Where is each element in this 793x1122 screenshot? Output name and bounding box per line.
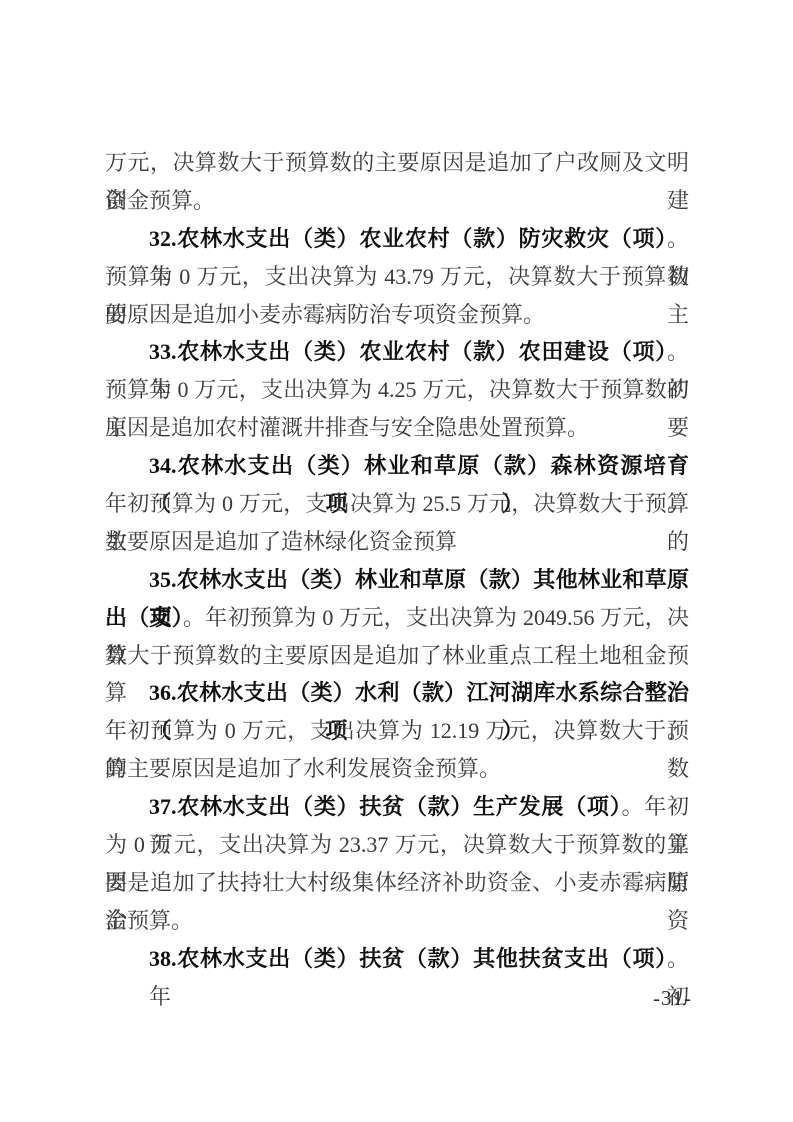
text-line: 万元，决算数大于预算数的主要原因是追加了户改厕及文明创建 [105, 144, 689, 182]
page-number: -31- [653, 986, 692, 1011]
body-text: 金预算。 [105, 908, 193, 933]
text-block: 万元，决算数大于预算数的主要原因是追加了户改厕及文明创建资金预算。32.农林水支… [105, 144, 689, 978]
text-line: 35.农林水支出（类）林业和草原（款）其他林业和草原支 [105, 561, 689, 599]
item-heading-text: 33.农林水支出（类）农业农村（款）农田建设（项） [149, 339, 667, 364]
text-line: 数大于预算数的主要原因是追加了林业重点工程土地租金预算。 [105, 637, 689, 675]
body-text: 的主要原因是追加了水利发展资金预算。 [105, 756, 501, 781]
text-line: 年初预算为 0 万元，支出决算为 12.19 万元，决算数大于预算数 [105, 712, 689, 750]
item-heading-text: 出（项） [105, 605, 183, 630]
document-page: 万元，决算数大于预算数的主要原因是追加了户改厕及文明创建资金预算。32.农林水支… [0, 0, 793, 1122]
text-line: 预算为 0 万元，支出决算为 43.79 万元，决算数大于预算数的主 [105, 258, 689, 296]
text-line: 33.农林水支出（类）农业农村（款）农田建设（项）。年初 [105, 333, 689, 371]
body-text: 原因是追加农村灌溉井排查与安全隐患处置预算。 [105, 415, 589, 440]
body-text: 主要原因是追加了造林绿化资金预算 [105, 529, 457, 554]
body-text: 要原因是追加小麦赤霉病防治专项资金预算。 [105, 302, 545, 327]
text-line: 预算为 0 万元，支出决算为 4.25 万元，决算数大于预算数的主要 [105, 371, 689, 409]
text-line: 年初预算为 0 万元，支出决算为 25.5 万元，决算数大于预算数的 [105, 485, 689, 523]
text-line: 38.农林水支出（类）扶贫（款）其他扶贫支出（项）。年初 [105, 940, 689, 978]
text-line: 为 0 万元，支出决算为 23.37 万元，决算数大于预算数的主要原 [105, 826, 689, 864]
item-heading-text: 32.农林水支出（类）农业农村（款）防灾救灾（项） [149, 226, 667, 251]
item-heading-text: 37.农林水支出（类）扶贫（款）生产发展（项） [149, 794, 621, 819]
text-line: 出（项）。年初预算为 0 万元，支出决算为 2049.56 万元，决算 [105, 599, 689, 637]
text-line: 36.农林水支出（类）水利（款）江河湖库水系综合整治（项）。 [105, 674, 689, 712]
text-line: 37.农林水支出（类）扶贫（款）生产发展（项）。年初预算 [105, 788, 689, 826]
item-heading-text: 38.农林水支出（类）扶贫（款）其他扶贫支出（项） [149, 946, 667, 971]
text-line: 因是追加了扶持壮大村级集体经济补助资金、小麦赤霉病防治资 [105, 864, 689, 902]
text-line: 34.农林水支出（类）林业和草原（款）森林资源培育（项）。 [105, 447, 689, 485]
text-line: 32.农林水支出（类）农业农村（款）防灾救灾（项）。年初 [105, 220, 689, 258]
body-text: 资金预算。 [105, 188, 215, 213]
